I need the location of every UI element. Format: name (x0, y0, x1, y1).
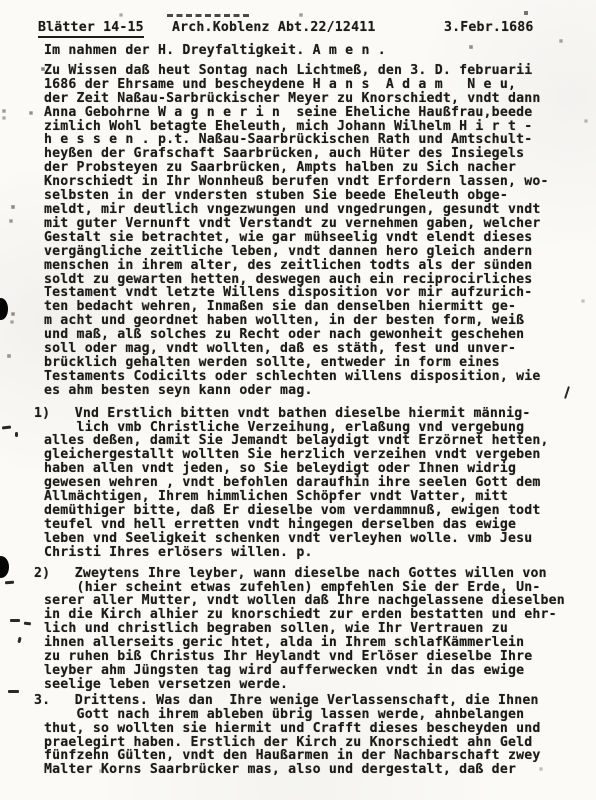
margin-pencil-mark (15, 432, 18, 437)
paragraph-clause-1: 1) Vnd Erstlich bitten vndt bathen diese… (44, 407, 592, 560)
text-line: thut, so wollten sie hiermit und Crafft … (44, 722, 592, 736)
scan-noise-specks (0, 0, 2, 2)
text-line: demüthiger bitte, daß Er dieselbe vom ve… (44, 504, 592, 518)
text-line: Christi Ihres erlösers willen. p. (44, 546, 592, 560)
text-line: soll oder mag, vndt wollten, daß es stät… (44, 342, 592, 356)
margin-pencil-mark (5, 581, 14, 584)
paragraph-clause-3: 3. Drittens. Was dan Ihre wenige Verlass… (44, 694, 592, 777)
text-line: Gestalt sie betrachtet, wie gar mühseeli… (44, 231, 592, 245)
text-line: Gott nach ihrem ableben übrig lassen wer… (44, 708, 592, 722)
folio-label: Blätter 14-15 (38, 20, 144, 38)
text-line: menschen in ihrem alter, des zeitlichen … (44, 259, 592, 273)
text-line: 1686 der Ehrsame und bescheydene H a n s… (44, 78, 592, 92)
text-line: gewesen wehren , vndt befohlen daraufhin… (44, 476, 592, 490)
document-date: 3.Febr.1686 (444, 20, 534, 35)
text-line: leyber ahm Jüngsten tag wird aufferwecke… (44, 664, 592, 678)
text-line: Malter Korns Saarbrücker mas, also und d… (44, 763, 592, 777)
text-line: meldt, mir deutlich vngezwungen und vnge… (44, 203, 592, 217)
binding-mark (0, 298, 8, 320)
text-line: Zu Wissen daß heut Sontag nach Lichtmeß,… (44, 64, 592, 78)
text-line: 2) Zweytens Ihre leyber, wann dieselbe n… (34, 567, 592, 581)
paragraph-invocation: Im nahmen der H. Dreyfaltigkeit. A m e n… (44, 44, 592, 58)
text-line: Im nahmen der H. Dreyfaltigkeit. A m e n… (44, 44, 592, 58)
text-line: Anna Gebohrne W a g n e r i n seine Ehel… (44, 106, 592, 120)
text-line: seelige leben versetzen werde. (44, 678, 592, 692)
paragraph-clause-2: 2) Zweytens Ihre leyber, wann dieselbe n… (44, 567, 592, 692)
binding-mark (0, 556, 9, 578)
text-line: ihnen allerseits geric htet, alda in Ihr… (44, 636, 592, 650)
text-line: vergängliche zeitliche leben, vndt danne… (44, 245, 592, 259)
text-line: und maß, alß solches zu Recht oder nach … (44, 328, 592, 342)
text-line: teufel vnd hell erretten vndt hingegen d… (44, 518, 592, 532)
text-line: es ahm besten seyn kann oder mag. (44, 384, 592, 398)
scan-smudge-dashes (167, 14, 249, 17)
margin-pencil-mark (10, 619, 20, 622)
document-header: Blätter 14-15 Arch.Koblenz Abt.22/12411 … (0, 20, 596, 38)
text-line: selbsten in der vndersten stuben Sie bee… (44, 189, 592, 203)
text-line: brücklich gehalten werden sollte, entwed… (44, 356, 592, 370)
margin-pencil-mark (24, 622, 31, 625)
margin-pencil-mark (8, 690, 19, 693)
text-line: der Zeit Naßau-Sarbrückischer Meyer zu K… (44, 92, 592, 106)
margin-pencil-mark (17, 637, 21, 643)
text-line: leben vnd Seeligkeit schenken vndt verle… (44, 532, 592, 546)
text-line: Allmächtigen, Ihrem himmlichen Schöpfer … (44, 490, 592, 504)
text-line: 1) Vnd Erstlich bitten vndt bathen diese… (34, 407, 592, 421)
text-line: mit guter Vernunft vndt Verstandt zu ver… (44, 217, 592, 231)
text-line: zu ruhen biß Christus Ihr Heylandt vnd E… (44, 650, 592, 664)
text-line: 3. Drittens. Was dan Ihre wenige Verlass… (34, 694, 592, 708)
paragraph-preamble: Zu Wissen daß heut Sontag nach Lichtmeß,… (44, 64, 592, 398)
document-body: Im nahmen der H. Dreyfaltigkeit. A m e n… (44, 40, 592, 777)
text-line: Testaments Codicilts oder schlechten wil… (44, 370, 592, 384)
text-line: Knorschiedt in Ihr Wonnheuß berufen vndt… (44, 175, 592, 189)
archive-reference: Arch.Koblenz Abt.22/12411 (172, 20, 376, 35)
scanned-document-page: Blätter 14-15 Arch.Koblenz Abt.22/12411 … (0, 0, 596, 800)
margin-pencil-mark (2, 426, 11, 429)
